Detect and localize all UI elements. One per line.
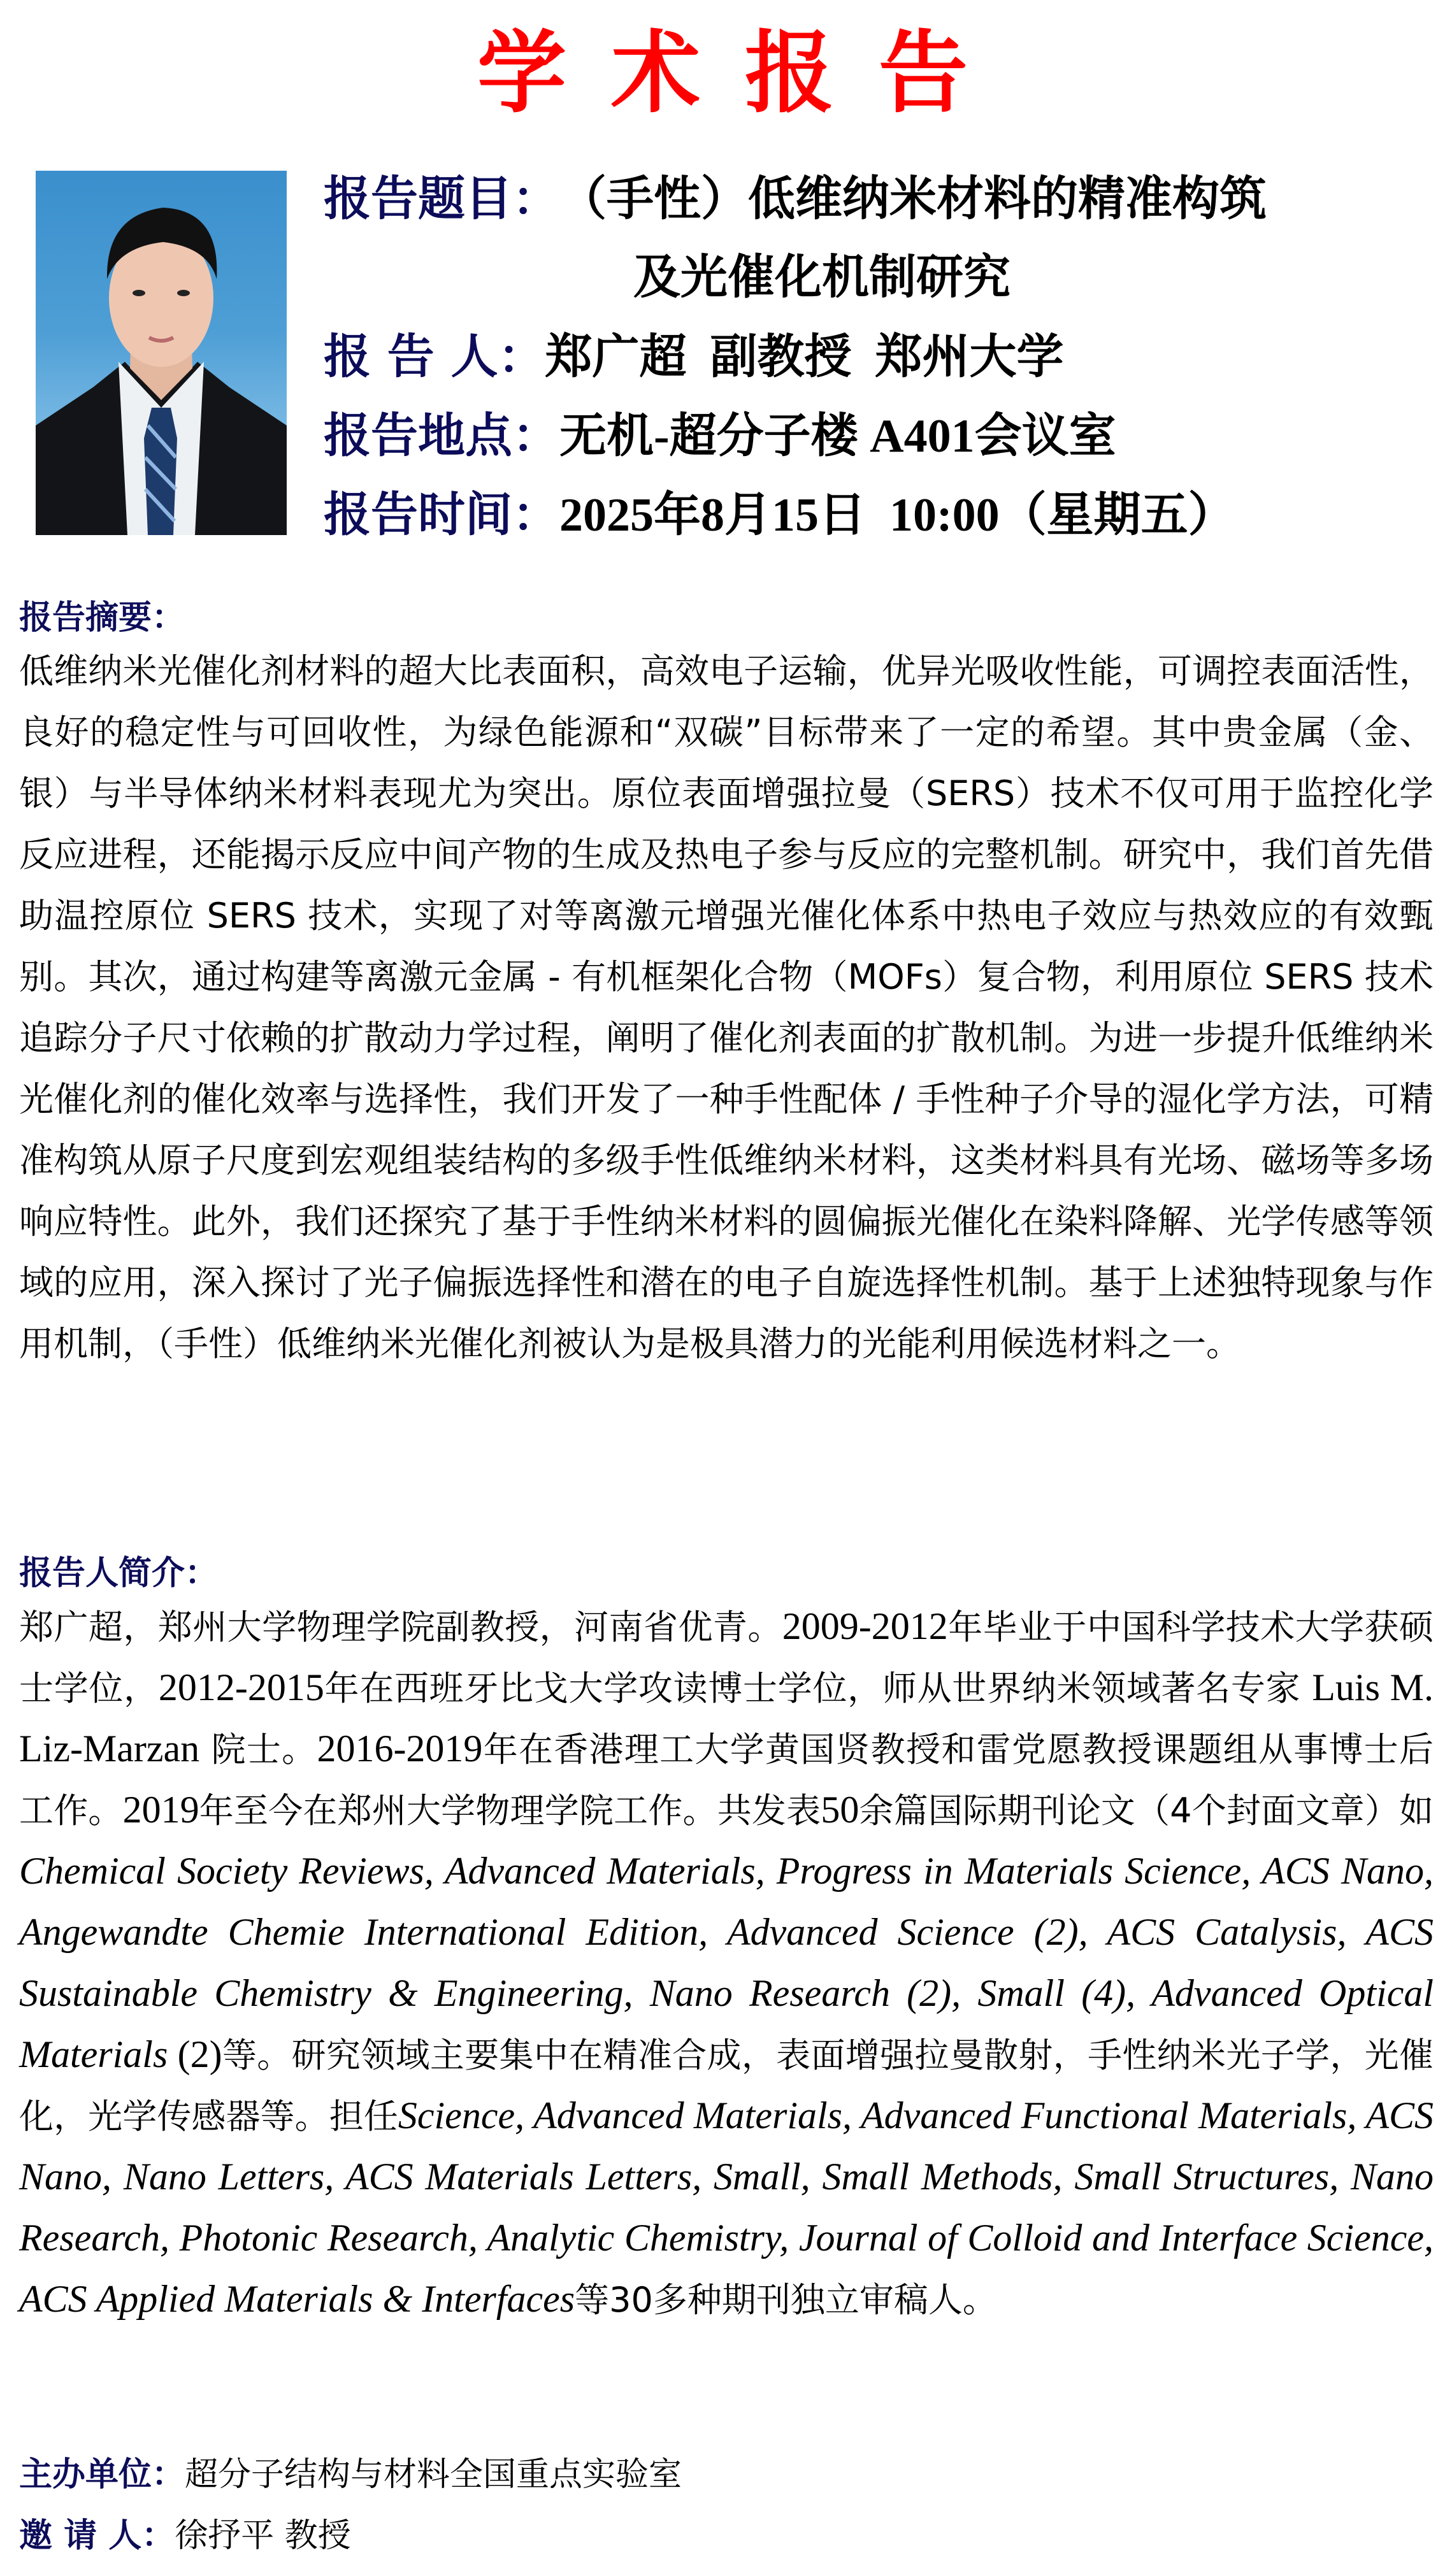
bio-text: 郑广超，郑州大学物理学院副教授，河南省优青。2009-2012年毕业于中国科学技… [19, 1596, 1434, 2330]
host-value: 超分子结构与材料全国重点实验室 [185, 2456, 682, 2494]
topic-value-line2: 及光催化机制研究 [633, 238, 1010, 317]
bio-segment: 2012-2015 [159, 1666, 324, 1708]
bio-segment: 院士。 [199, 1729, 317, 1770]
speaker-row: 报 告 人： 郑广超 副教授 郑州大学 [324, 317, 1420, 396]
time-value: 2025年8月15日 10:00（星期五） [559, 476, 1235, 555]
time-row: 报告时间： 2025年8月15日 10:00（星期五） [324, 475, 1420, 554]
speaker-value: 郑广超 副教授 郑州大学 [545, 318, 1064, 397]
topic-label: 报告题目： [324, 159, 559, 238]
poster-title: 学术报告 [0, 19, 1445, 127]
bio-heading: 报告人简介： [19, 1554, 218, 1592]
bio-segment: 年在西班牙比戈大学攻读博士学位，师从世界纳米领域著名专家 [324, 1668, 1312, 1708]
bio-segment: 2016-2019 [317, 1728, 482, 1770]
abstract-heading: 报告摘要： [19, 599, 185, 637]
portrait-illustration-icon [36, 171, 287, 535]
time-label: 报告时间： [324, 475, 559, 554]
abstract-text: 低维纳米光催化剂材料的超大比表面积，高效电子运输，优异光吸收性能，可调控表面活性… [19, 641, 1434, 1375]
bio-segment: 郑广超，郑州大学物理学院副教授，河南省优青。 [19, 1607, 782, 1647]
host-label: 主办单位： [19, 2456, 185, 2494]
speaker-label: 报 告 人： [324, 317, 545, 396]
host-row: 主办单位：超分子结构与材料全国重点实验室 [19, 2452, 682, 2497]
talk-info: 报告题目： （手性）低维纳米材料的精准构筑 及光催化机制研究 报 告 人： 郑广… [324, 159, 1420, 554]
bio-segment: 余篇国际期刊论文（4个封面文章）如 [859, 1791, 1434, 1831]
bio-segment: 年至今在郑州大学物理学院工作。共发表 [199, 1791, 821, 1831]
location-label: 报告地点： [324, 396, 559, 475]
topic-value-line1: （手性）低维纳米材料的精准构筑 [559, 160, 1267, 239]
inviter-value: 徐抒平 教授 [175, 2517, 351, 2555]
bio-segment: 2019 [123, 1789, 199, 1831]
topic-row: 报告题目： （手性）低维纳米材料的精准构筑 [324, 159, 1420, 238]
location-row: 报告地点： 无机-超分子楼 A401会议室 [324, 396, 1420, 475]
location-value: 无机-超分子楼 A401会议室 [559, 397, 1116, 476]
bio-segment: 2009-2012 [782, 1605, 948, 1647]
topic-row-continued: 及光催化机制研究 [324, 238, 1420, 317]
speaker-photo [36, 171, 287, 535]
bio-segment: 等30多种期刊独立审稿人。 [575, 2280, 997, 2320]
bio-segment: 50 [821, 1789, 859, 1831]
bio-segment: (2) [168, 2033, 222, 2075]
inviter-label: 邀 请 人： [19, 2517, 175, 2555]
inviter-row: 邀 请 人：徐抒平 教授 [19, 2514, 351, 2558]
